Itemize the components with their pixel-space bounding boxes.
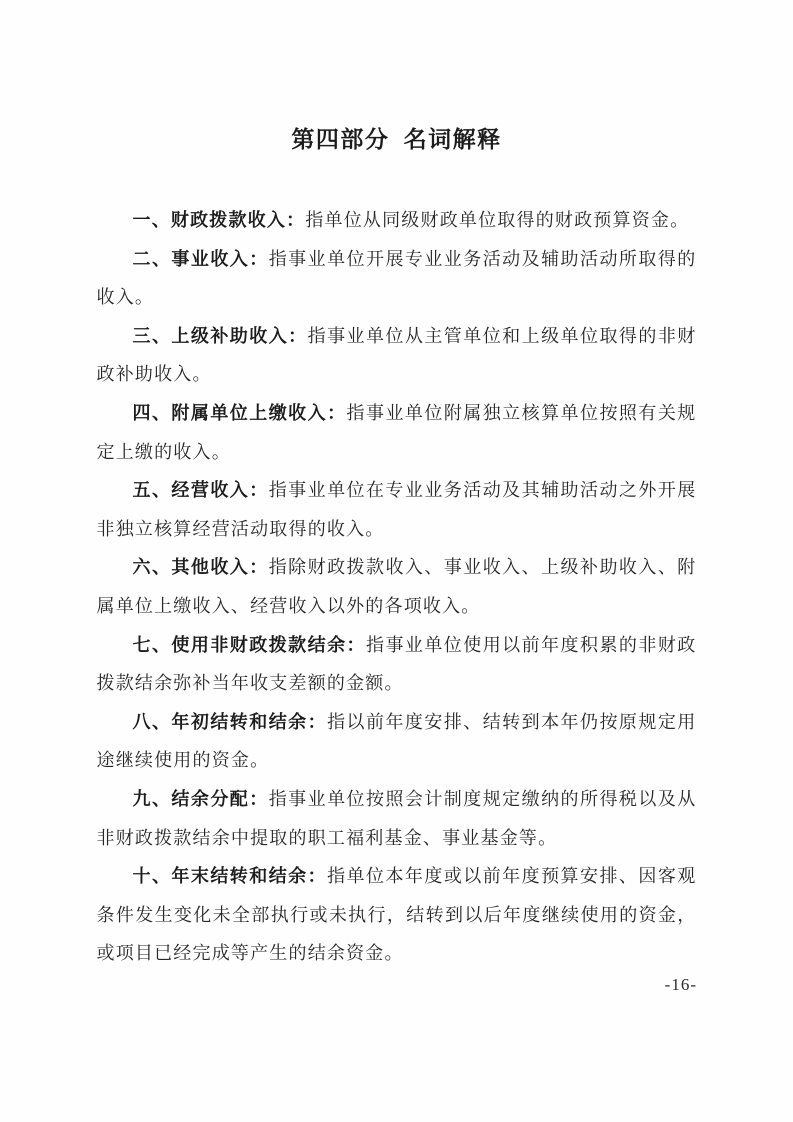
definition-item: 九、结余分配：指事业单位按照会计制度规定缴纳的所得税以及从非财政拨款结余中提取的… xyxy=(97,780,697,857)
definition-item: 三、上级补助收入：指事业单位从主管单位和上级单位取得的非财政补助收入。 xyxy=(97,317,697,394)
definitions-list: 一、财政拨款收入：指单位从同级财政单位取得的财政预算资金。 二、事业收入：指事业… xyxy=(97,201,697,973)
definition-item: 七、使用非财政拨款结余：指事业单位使用以前年度积累的非财政拨款结余弥补当年收支差… xyxy=(97,626,697,703)
definition-item: 四、附属单位上缴收入：指事业单位附属独立核算单位按照有关规定上缴的收入。 xyxy=(97,394,697,471)
definition-term: 七、使用非财政拨款结余： xyxy=(133,635,366,655)
definition-term: 八、年初结转和结余： xyxy=(133,712,328,732)
definition-item: 六、其他收入：指除财政拨款收入、事业收入、上级补助收入、附属单位上缴收入、经营收… xyxy=(97,548,697,625)
definition-item: 十、年末结转和结余：指单位本年度或以前年度预算安排、因客观条件发生变化未全部执行… xyxy=(97,857,697,973)
definition-item: 八、年初结转和结余：指以前年度安排、结转到本年仍按原规定用途继续使用的资金。 xyxy=(97,703,697,780)
definition-term: 五、经营收入： xyxy=(133,480,269,500)
document-page: 第四部分 名词解释 一、财政拨款收入：指单位从同级财政单位取得的财政预算资金。 … xyxy=(0,0,793,1122)
definition-term: 二、事业收入： xyxy=(133,249,269,269)
definition-text: 指单位从同级财政单位取得的财政预算资金。 xyxy=(305,210,689,230)
definition-item: 五、经营收入：指事业单位在专业业务活动及其辅助活动之外开展非独立核算经营活动取得… xyxy=(97,471,697,548)
definition-term: 九、结余分配： xyxy=(133,789,269,809)
definition-term: 六、其他收入： xyxy=(133,557,269,577)
definition-item: 一、财政拨款收入：指单位从同级财政单位取得的财政预算资金。 xyxy=(97,201,697,240)
definition-item: 二、事业收入：指事业单位开展专业业务活动及辅助活动所取得的收入。 xyxy=(97,240,697,317)
definition-term: 十、年末结转和结余： xyxy=(133,866,328,886)
definition-term: 三、上级补助收入： xyxy=(133,326,308,346)
document-title: 第四部分 名词解释 xyxy=(0,0,793,154)
definition-term: 四、附属单位上缴收入： xyxy=(133,403,347,423)
page-number: -16- xyxy=(665,975,697,995)
definition-term: 一、财政拨款收入： xyxy=(133,210,306,230)
